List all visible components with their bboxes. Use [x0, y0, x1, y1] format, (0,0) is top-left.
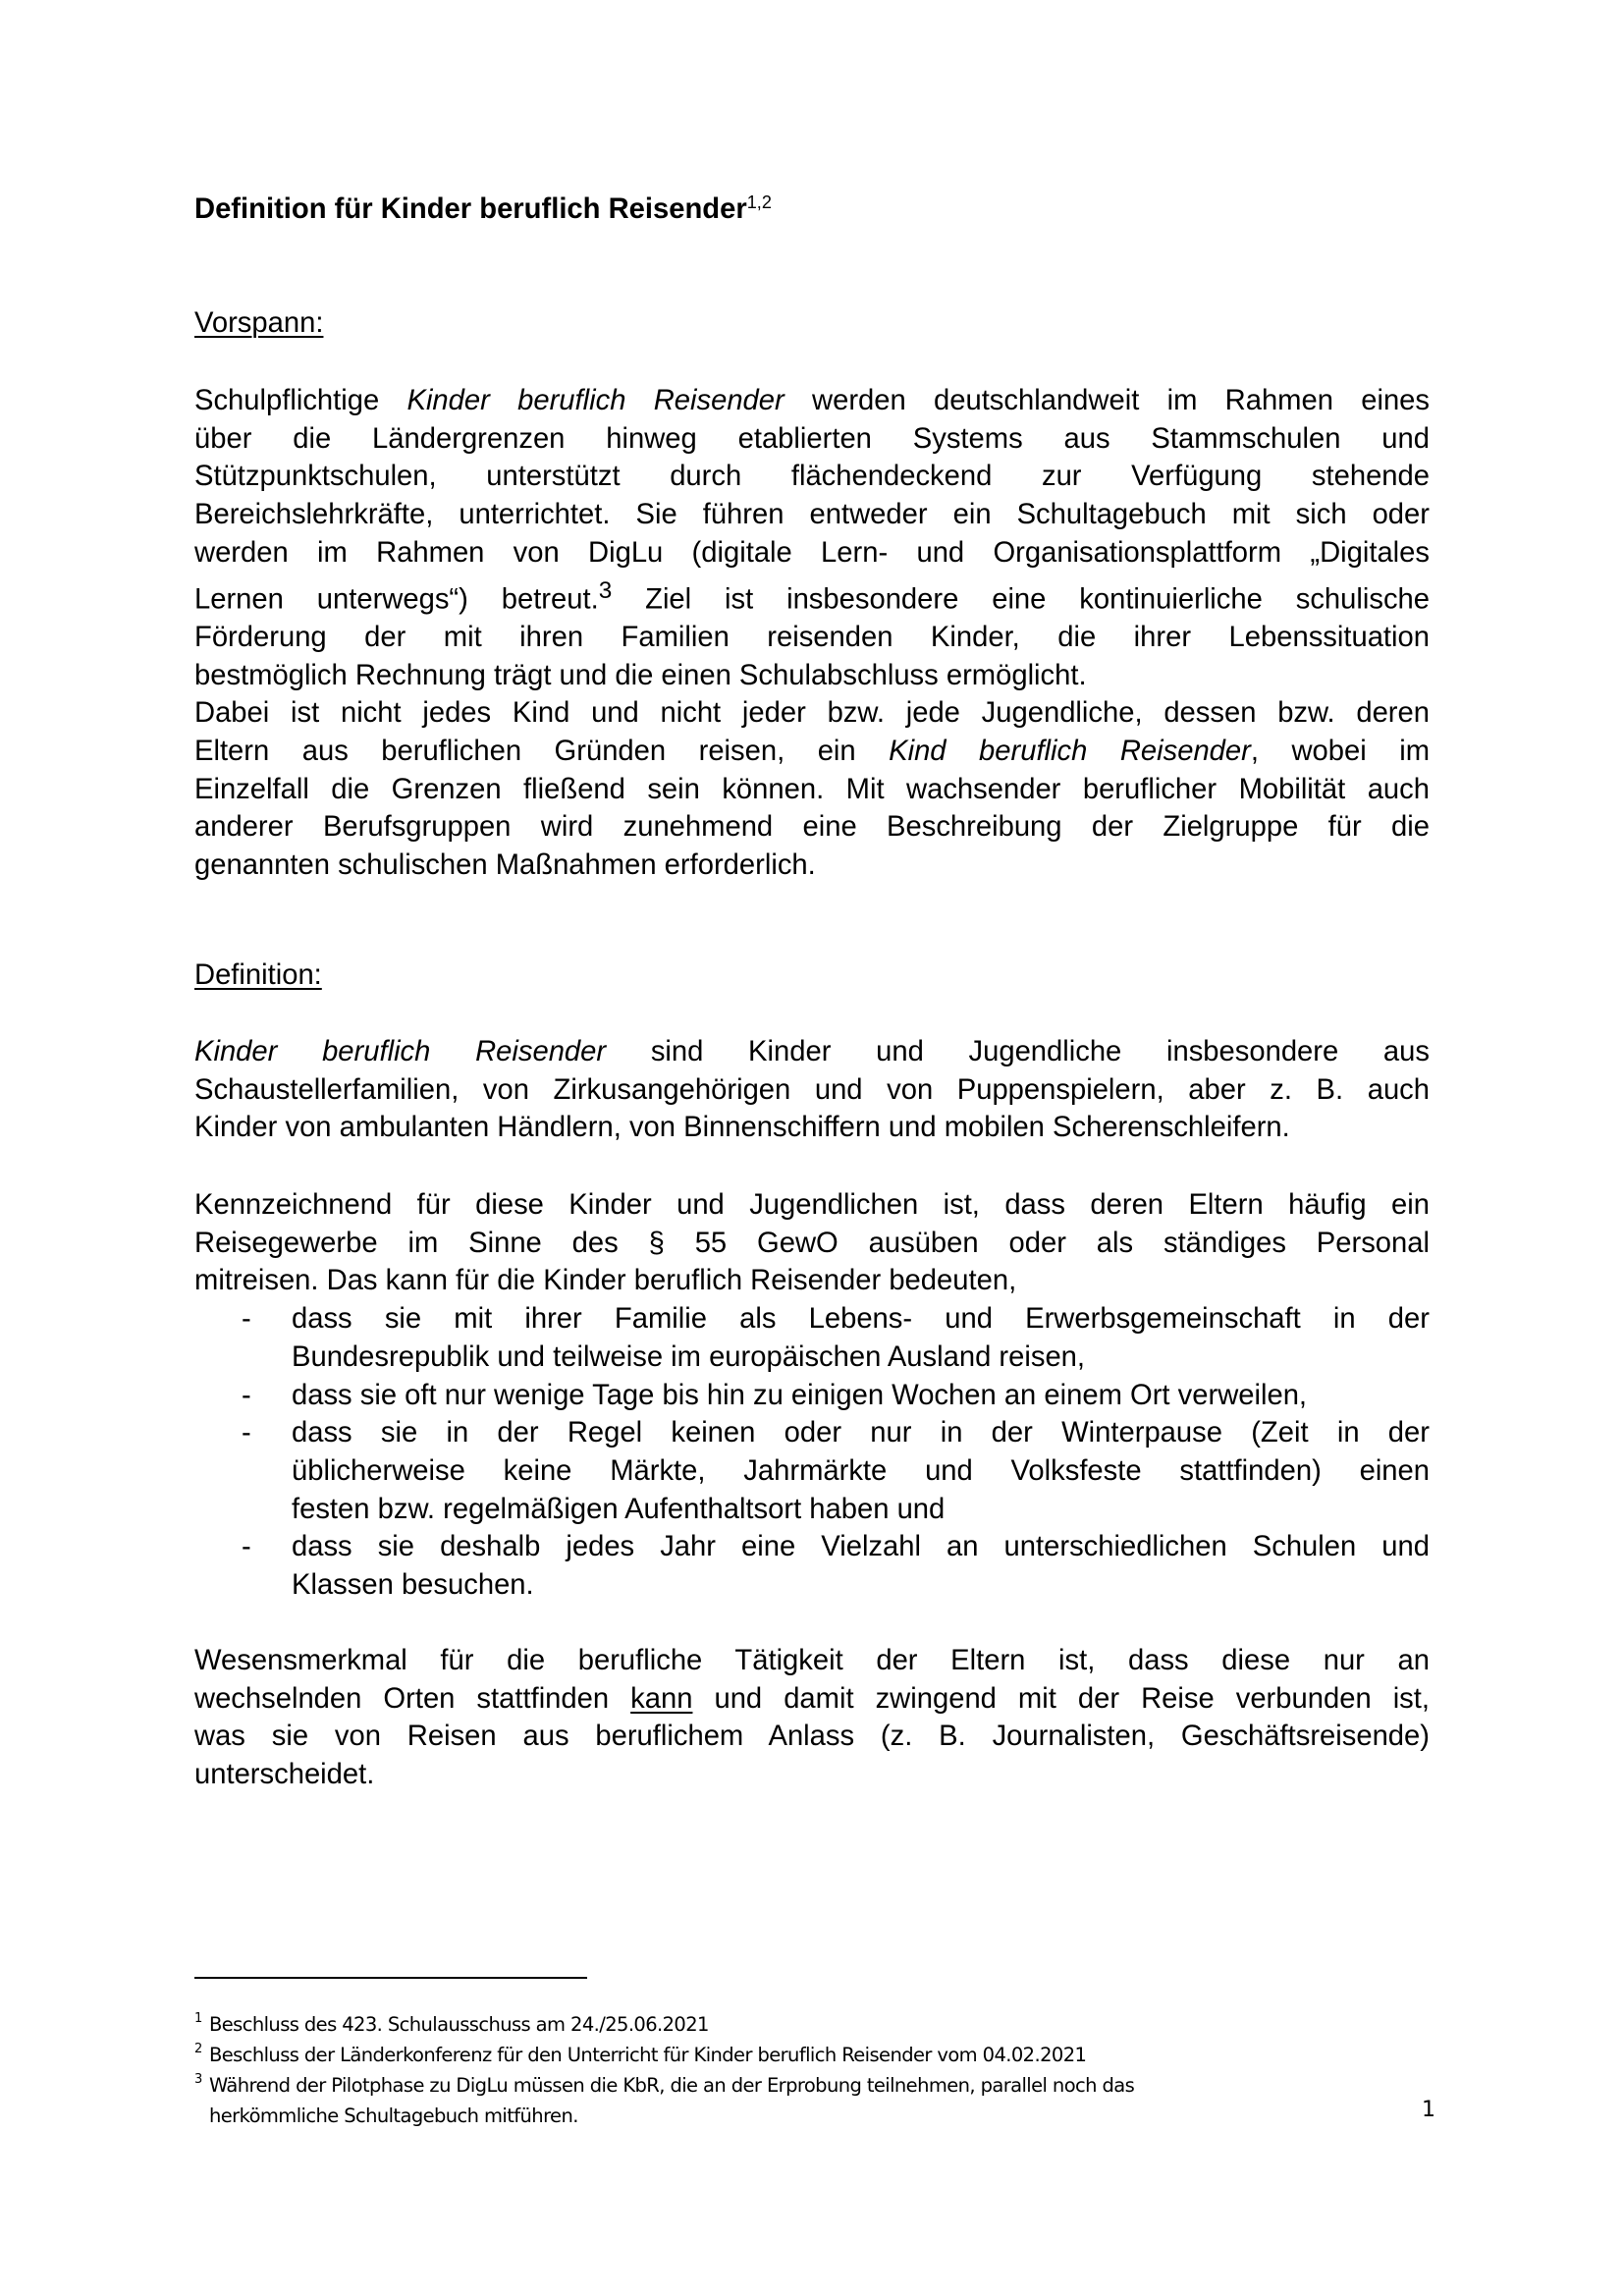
text-line: Schulpflichtige Kinder beruflich Reisend…: [194, 382, 1430, 420]
dash-bullet: -: [242, 1377, 251, 1415]
section-heading-vorspann: Vorspann:: [194, 304, 323, 342]
text-line: Lernen unterwegs“) betreut.3 Ziel ist in…: [194, 573, 1430, 619]
text-line: festen bzw. regelmäßigen Aufenthaltsort …: [292, 1491, 1430, 1529]
list-item: -dass sie in der Regel keinen oder nur i…: [194, 1414, 1430, 1528]
text-line: Eltern aus beruflichen Gründen reisen, e…: [194, 733, 1430, 771]
text-run: , wobei im: [1251, 736, 1430, 767]
text-line: Kennzeichnend für diese Kinder und Jugen…: [194, 1186, 1430, 1225]
text-run: wechselnden Orten stattfinden: [194, 1683, 630, 1715]
italic-term: Kinder beruflich Reisender: [406, 385, 784, 416]
text-line: dass sie mit ihrer Familie als Lebens- u…: [292, 1300, 1430, 1339]
footnote-number: 2: [194, 2034, 202, 2064]
text-line: genannten schulischen Maßnahmen erforder…: [194, 847, 1430, 885]
italic-term: Kinder beruflich Reisender: [194, 1036, 606, 1067]
text-line: Wesensmerkmal für die berufliche Tätigke…: [194, 1642, 1430, 1680]
footnote-2: 2Beschluss der Länderkonferenz für den U…: [194, 2040, 1432, 2070]
definition-paragraph-1: Kinder beruflich Reisender sind Kinder u…: [194, 1033, 1430, 1147]
text-run: werden deutschlandweit im Rahmen eines: [784, 385, 1430, 416]
footnote-number: 1: [194, 2003, 202, 2034]
text-run: Ziel ist insbesondere eine kontinuierlic…: [612, 583, 1430, 615]
footnote-1: 1Beschluss des 423. Schulausschuss am 24…: [194, 2009, 1432, 2040]
vorspann-paragraph-1: Schulpflichtige Kinder beruflich Reisend…: [194, 382, 1430, 694]
text-line: über die Ländergrenzen hinweg etablierte…: [194, 420, 1430, 459]
vorspann-paragraphs: Schulpflichtige Kinder beruflich Reisend…: [194, 382, 1430, 885]
text-line: Kinder beruflich Reisender sind Kinder u…: [194, 1033, 1430, 1071]
footnote-text: Beschluss des 423. Schulausschuss am 24.…: [209, 2013, 709, 2036]
page-number: 1: [1422, 2098, 1435, 2122]
text-line: Kinder von ambulanten Händlern, von Binn…: [194, 1109, 1430, 1147]
list-item: -dass sie mit ihrer Familie als Lebens- …: [194, 1300, 1430, 1376]
list-item-text: dass sie in der Regel keinen oder nur in…: [292, 1414, 1430, 1528]
text-run: Lernen unterwegs“) betreut.: [194, 583, 599, 615]
footnote-3-cont: herkömmliche Schultagebuch mitführen.: [194, 2101, 1432, 2131]
footnote-ref-sup: 3: [599, 577, 613, 604]
text-line: dass sie in der Regel keinen oder nur in…: [292, 1414, 1430, 1452]
italic-term: Kind beruflich Reisender: [889, 736, 1251, 767]
dash-bullet: -: [242, 1300, 251, 1339]
list-item-text: dass sie mit ihrer Familie als Lebens- u…: [292, 1300, 1430, 1376]
text-line: Schaustellerfamilien, von Zirkusangehöri…: [194, 1071, 1430, 1110]
document-title: Definition für Kinder beruflich Reisende…: [194, 191, 772, 228]
underlined-word: kann: [630, 1683, 692, 1715]
footnote-number: 3: [194, 2064, 202, 2095]
text-line: unterscheidet.: [194, 1756, 1430, 1794]
text-line: Bereichslehrkräfte, unterrichtet. Sie fü…: [194, 496, 1430, 534]
text-run: Eltern aus beruflichen Gründen reisen, e…: [194, 736, 889, 767]
footnotes: 1Beschluss des 423. Schulausschuss am 24…: [194, 2009, 1432, 2131]
text-line: Reisegewerbe im Sinne des § 55 GewO ausü…: [194, 1225, 1430, 1263]
text-line: dass sie deshalb jedes Jahr eine Vielzah…: [292, 1528, 1430, 1566]
dash-bullet: -: [242, 1528, 251, 1566]
text-line: werden im Rahmen von DigLu (digitale Ler…: [194, 534, 1430, 573]
list-item-text: dass sie deshalb jedes Jahr eine Vielzah…: [292, 1528, 1430, 1604]
footnote-text: herkömmliche Schultagebuch mitführen.: [209, 2105, 578, 2127]
title-footnote-refs: 1,2: [747, 192, 772, 212]
section-heading-definition: Definition:: [194, 957, 322, 994]
definition-paragraph-1-lines: Kinder beruflich Reisender sind Kinder u…: [194, 1033, 1430, 1147]
definition-paragraph-3-lines: Wesensmerkmal für die berufliche Tätigke…: [194, 1642, 1430, 1794]
text-line: mitreisen. Das kann für die Kinder beruf…: [194, 1262, 1430, 1300]
list-item: -dass sie deshalb jedes Jahr eine Vielza…: [194, 1528, 1430, 1604]
vorspann-paragraph-2: Dabei ist nicht jedes Kind und nicht jed…: [194, 694, 1430, 885]
text-line: Einzelfall die Grenzen fließend sein kön…: [194, 771, 1430, 809]
definition-paragraph-2-lines: Kennzeichnend für diese Kinder und Jugen…: [194, 1186, 1430, 1300]
text-line: wechselnden Orten stattfinden kann und d…: [194, 1680, 1430, 1719]
list-item: -dass sie oft nur wenige Tage bis hin zu…: [194, 1377, 1430, 1415]
text-line: dass sie oft nur wenige Tage bis hin zu …: [292, 1377, 1430, 1415]
definition-paragraph-2: Kennzeichnend für diese Kinder und Jugen…: [194, 1186, 1430, 1605]
dash-bullet: -: [242, 1414, 251, 1452]
list-item-text: dass sie oft nur wenige Tage bis hin zu …: [292, 1377, 1430, 1415]
text-line: Bundesrepublik und teilweise im europäis…: [292, 1339, 1430, 1377]
text-line: Klassen besuchen.: [292, 1566, 1430, 1605]
document-title-text: Definition für Kinder beruflich Reisende…: [194, 193, 747, 225]
definition-paragraph-3: Wesensmerkmal für die berufliche Tätigke…: [194, 1642, 1430, 1794]
text-line: Stützpunktschulen, unterstützt durch flä…: [194, 458, 1430, 496]
text-run: sind Kinder und Jugendliche insbesondere…: [606, 1036, 1430, 1067]
text-line: was sie von Reisen aus beruflichem Anlas…: [194, 1718, 1430, 1756]
text-run: Schulpflichtige: [194, 385, 406, 416]
footnote-separator: [194, 1977, 587, 1979]
footnote-text: Beschluss der Länderkonferenz für den Un…: [209, 2044, 1086, 2066]
text-line: Dabei ist nicht jedes Kind und nicht jed…: [194, 694, 1430, 733]
text-line: Förderung der mit ihren Familien reisend…: [194, 619, 1430, 657]
footnote-3: 3Während der Pilotphase zu DigLu müssen …: [194, 2070, 1432, 2101]
characteristics-list: -dass sie mit ihrer Familie als Lebens- …: [194, 1300, 1430, 1605]
text-line: bestmöglich Rechnung trägt und die einen…: [194, 657, 1430, 695]
text-line: üblicherweise keine Märkte, Jahrmärkte u…: [292, 1452, 1430, 1491]
text-line: anderer Berufsgruppen wird zunehmend ein…: [194, 808, 1430, 847]
footnote-ref: 3: [599, 577, 613, 604]
footnote-text: Während der Pilotphase zu DigLu müssen d…: [209, 2074, 1134, 2097]
text-run: und damit zwingend mit der Reise verbund…: [692, 1683, 1430, 1715]
